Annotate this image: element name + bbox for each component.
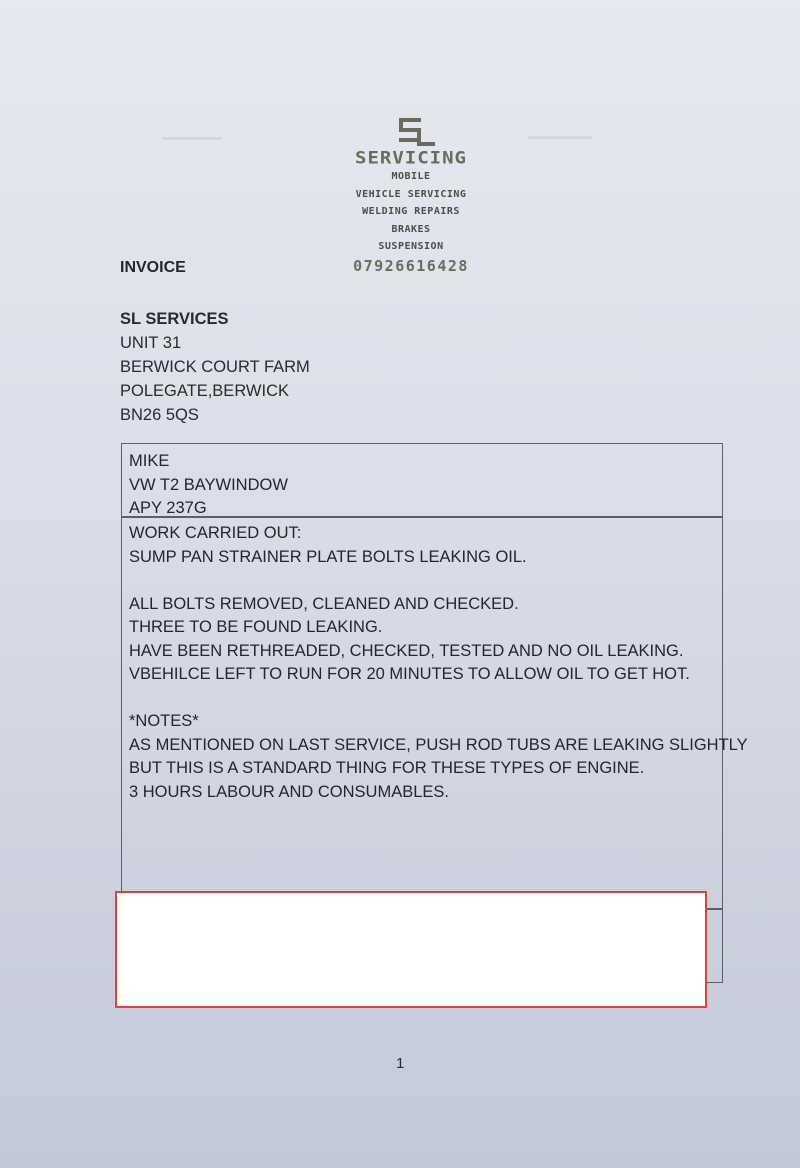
- work-detail-line: THREE TO BE FOUND LEAKING.: [129, 616, 748, 640]
- notes-heading: *NOTES*: [129, 710, 748, 734]
- work-detail-line: HAVE BEEN RETHREADED, CHECKED, TESTED AN…: [129, 640, 748, 664]
- logo-service-brakes: BRAKES: [330, 221, 492, 239]
- work-detail-line: VBEHILCE LEFT TO RUN FOR 20 MINUTES TO A…: [129, 663, 748, 687]
- address-postcode: BN26 5QS: [120, 403, 310, 427]
- logo-title: SERVICING: [330, 149, 492, 167]
- sl-logo-mark-icon: [393, 116, 429, 146]
- invoice-page: SERVICING MOBILE VEHICLE SERVICING WELDI…: [0, 0, 800, 1168]
- logo-service-welding: WELDING REPAIRS: [330, 203, 492, 221]
- work-detail-line: ALL BOLTS REMOVED, CLEANED AND CHECKED.: [129, 593, 748, 617]
- logo-phone-number: 07926616428: [330, 257, 492, 275]
- work-carried-out-box: WORK CARRIED OUT: SUMP PAN STRAINER PLAT…: [121, 516, 723, 910]
- logo-service-suspension: SUSPENSION: [330, 238, 492, 256]
- customer-details-box: MIKE VW T2 BAYWINDOW APY 237G: [121, 443, 723, 518]
- logo-service-mobile: MOBILE: [330, 168, 492, 186]
- company-name: SL SERVICES: [120, 307, 310, 331]
- notes-line: BUT THIS IS A STANDARD THING FOR THESE T…: [129, 757, 748, 781]
- address-line: BERWICK COURT FARM: [120, 355, 310, 379]
- show-through-mark: [528, 136, 592, 139]
- customer-name: MIKE: [129, 450, 288, 474]
- address-line: UNIT 31: [120, 331, 310, 355]
- labour-line: 3 HOURS LABOUR AND CONSUMABLES.: [129, 781, 748, 805]
- vehicle-model: VW T2 BAYWINDOW: [129, 474, 288, 498]
- document-title: INVOICE: [120, 259, 186, 277]
- page-number: 1: [396, 1055, 404, 1072]
- address-line: POLEGATE,BERWICK: [120, 379, 310, 403]
- logo-service-vehicle: VEHICLE SERVICING: [330, 186, 492, 204]
- redaction-box: [115, 891, 707, 1008]
- work-heading: WORK CARRIED OUT:: [129, 522, 748, 546]
- work-summary: SUMP PAN STRAINER PLATE BOLTS LEAKING OI…: [129, 546, 748, 570]
- show-through-mark: [162, 137, 222, 140]
- company-address: SL SERVICES UNIT 31 BERWICK COURT FARM P…: [120, 307, 310, 427]
- company-logo: SERVICING MOBILE VEHICLE SERVICING WELDI…: [330, 116, 492, 275]
- notes-line: AS MENTIONED ON LAST SERVICE, PUSH ROD T…: [129, 734, 748, 758]
